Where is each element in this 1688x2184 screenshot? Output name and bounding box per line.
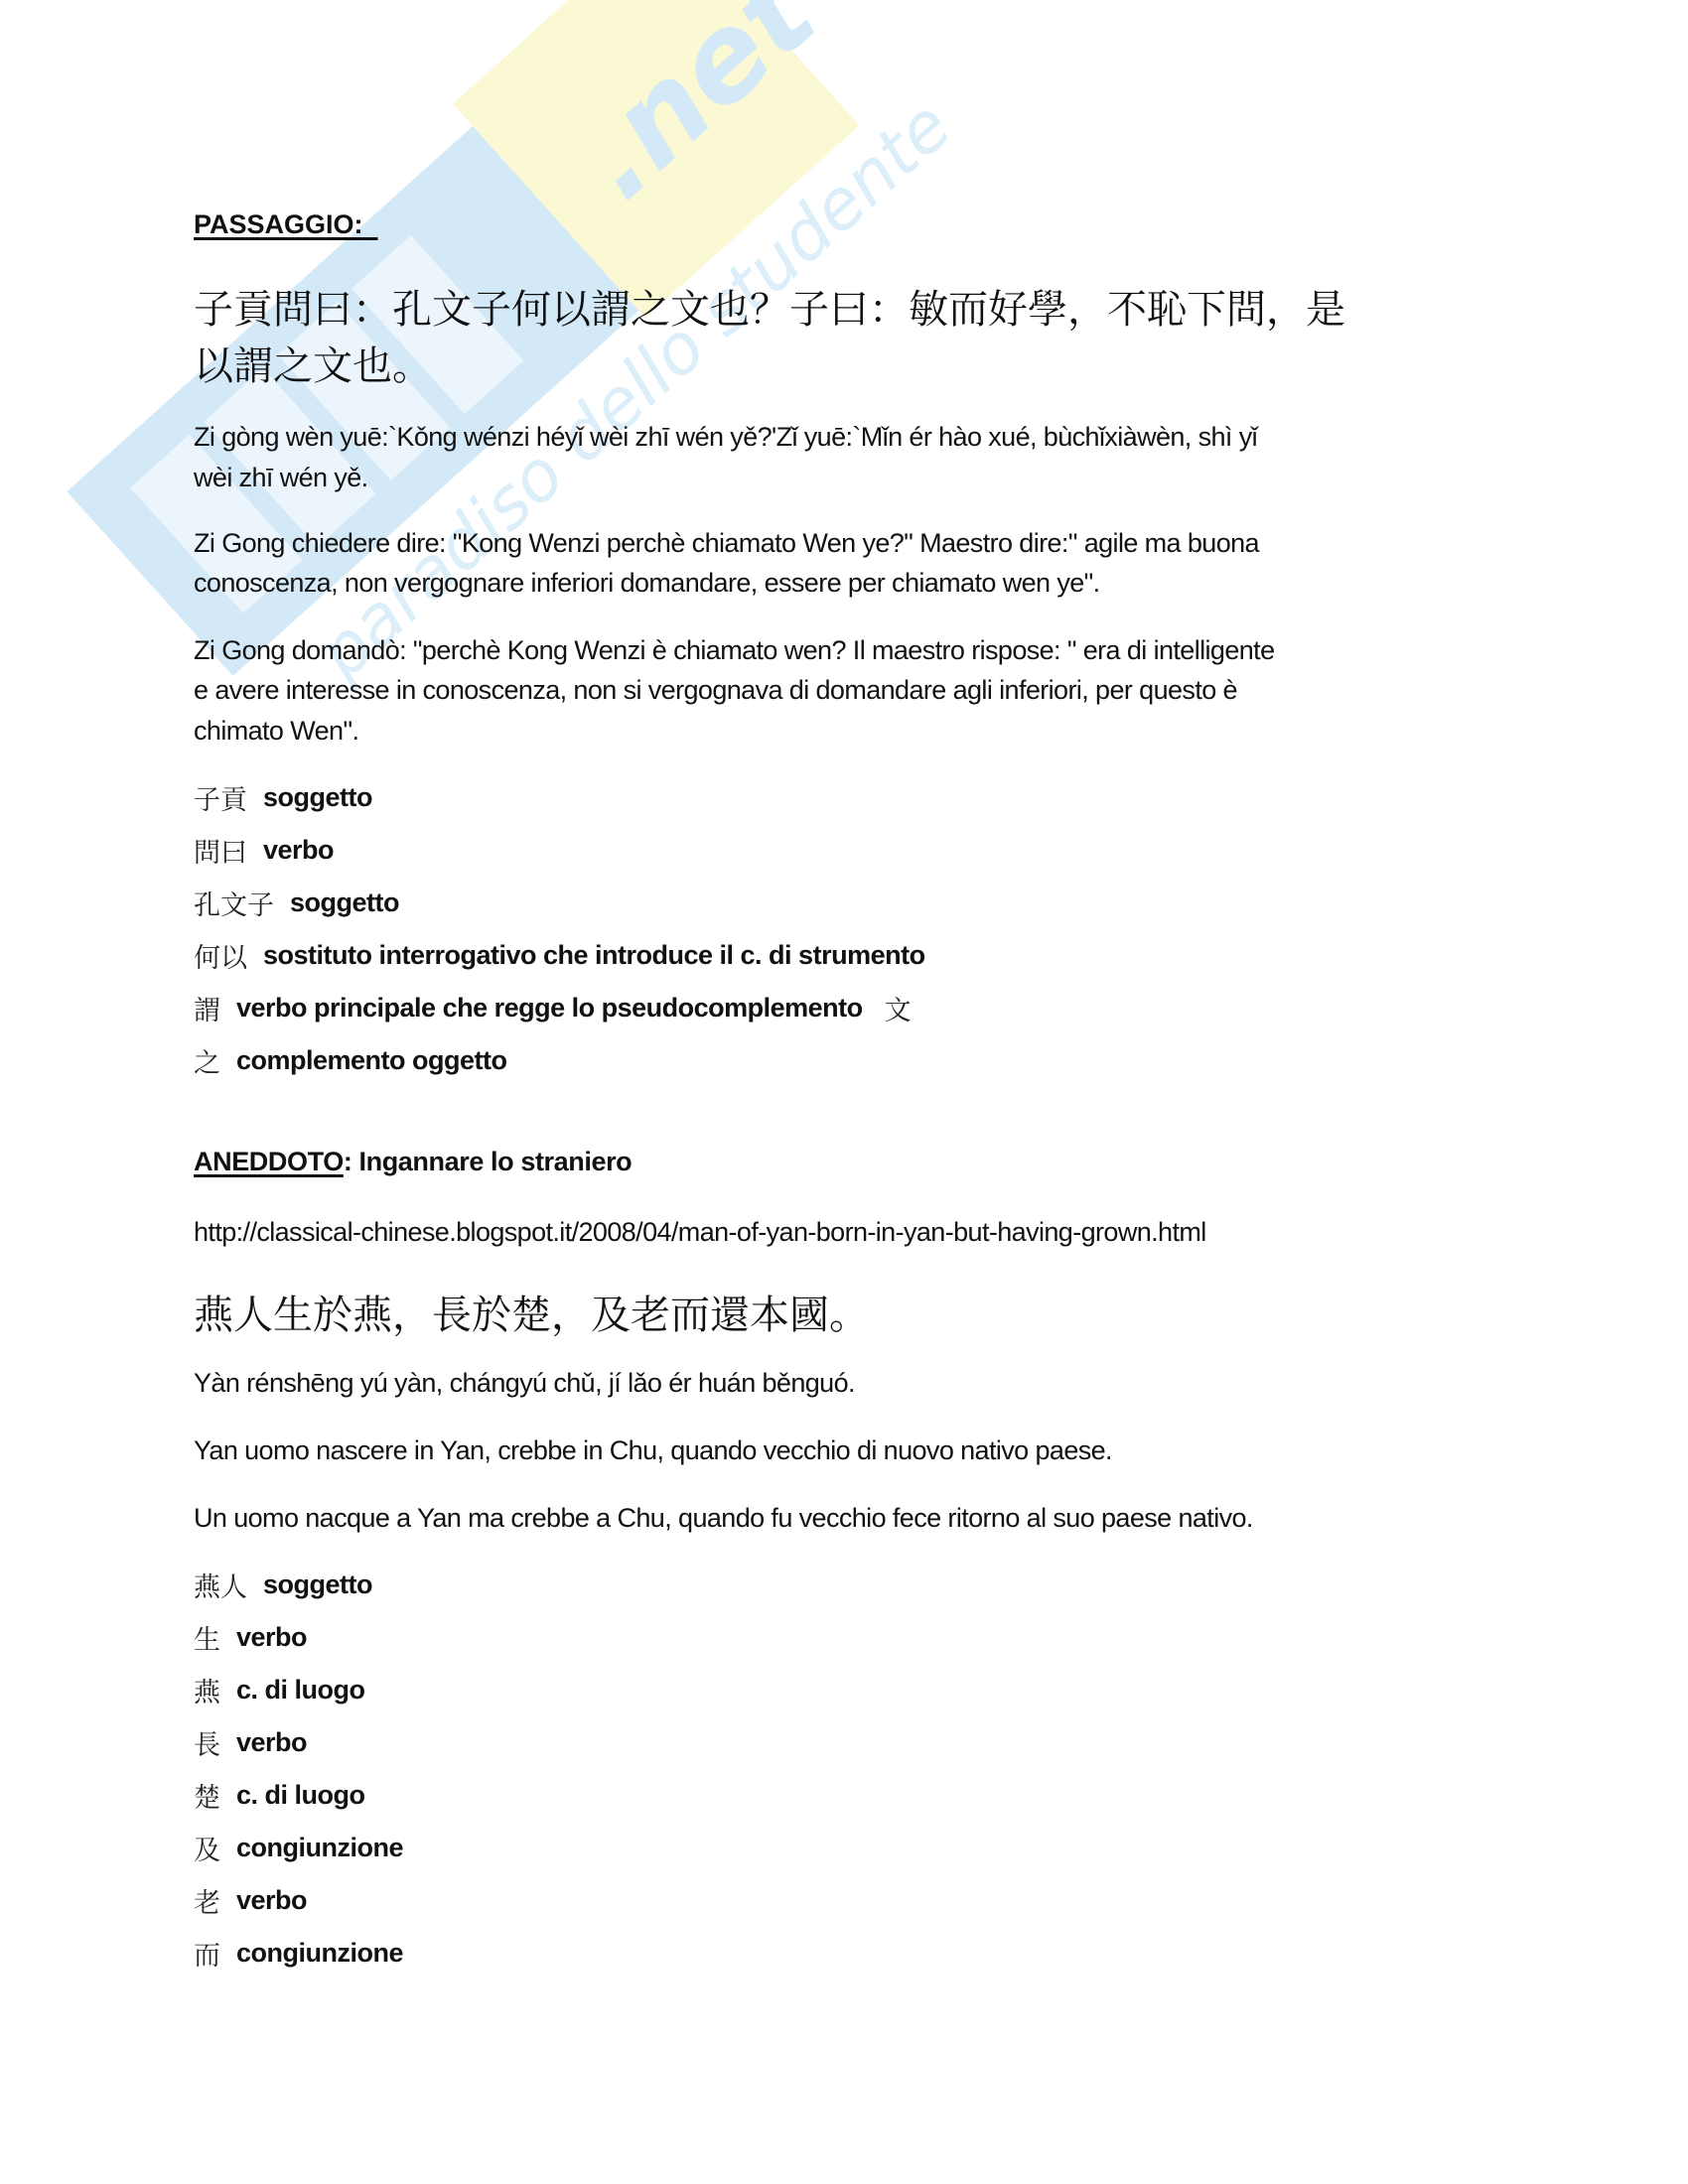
glossary-item: 謂 verbo principale che regge lo pseudoco… [194, 989, 912, 1027]
section-heading-aneddoto: ANEDDOTO: Ingannare lo straniero [194, 1147, 632, 1177]
literal-translation-line: Yan uomo nascere in Yan, crebbe in Chu, … [194, 1431, 1112, 1471]
heading-text: ANEDDOTO [194, 1147, 344, 1176]
glossary-hanzi: 燕 [194, 1671, 220, 1709]
heading-text: PASSAGGIO: [194, 209, 363, 239]
section-heading-passaggio: PASSAGGIO: [194, 209, 378, 240]
glossary-label: congiunzione [236, 1938, 403, 1969]
glossary-label: c. di luogo [236, 1675, 365, 1706]
glossary-hanzi: 及 [194, 1829, 220, 1867]
glossary-label: verbo [236, 1885, 307, 1916]
glossary-item: 問曰 verbo [194, 831, 334, 870]
translation-line-3: chimato Wen". [194, 711, 358, 751]
translation-line-1: Zi Gong domandò: "perchè Kong Wenzi è ch… [194, 630, 1274, 671]
source-url: http://classical-chinese.blogspot.it/200… [194, 1212, 1206, 1253]
glossary-item: 而 congiunzione [194, 1934, 403, 1973]
heading-subtitle: : Ingannare lo straniero [344, 1147, 632, 1176]
glossary-label: verbo [263, 835, 334, 866]
glossary-hanzi: 問曰 [194, 831, 247, 870]
glossary-label: c. di luogo [236, 1780, 365, 1811]
glossary-item: 長 verbo [194, 1723, 307, 1762]
translation-line: Un uomo nacque a Yan ma crebbe a Chu, qu… [194, 1498, 1253, 1539]
glossary-item: 燕 c. di luogo [194, 1671, 365, 1709]
glossary-hanzi: 老 [194, 1881, 220, 1920]
pinyin-line: Yàn rénshēng yú yàn, chángyú chǔ, jí lǎo… [194, 1363, 855, 1404]
glossary-label: verbo [236, 1622, 307, 1653]
glossary-label: verbo [236, 1727, 307, 1758]
glossary-hanzi: 燕人 [194, 1566, 247, 1604]
glossary-item: 楚 c. di luogo [194, 1776, 365, 1815]
glossary-hanzi: 之 [194, 1041, 220, 1080]
glossary-item: 子貢 soggetto [194, 778, 372, 817]
glossary-hanzi: 孔文子 [194, 884, 274, 922]
classical-chinese-line-2: 以謂之文也。 [194, 335, 432, 391]
glossary-hanzi: 楚 [194, 1776, 220, 1815]
glossary-item: 及 congiunzione [194, 1829, 403, 1867]
classical-chinese-line-1: 子貢問曰：孔文子何以謂之文也？子曰：敏而好學，不恥下問，是 [194, 278, 1345, 335]
glossary-item: 燕人 soggetto [194, 1566, 372, 1604]
glossary-label: soggetto [263, 1570, 372, 1600]
pinyin-line-1: Zi gòng wèn yuē:`Kǒng wénzi héyǐ wèi zhī… [194, 417, 1257, 458]
glossary-hanzi: 子貢 [194, 778, 247, 817]
literal-translation-line-2: conoscenza, non vergognare inferiori dom… [194, 563, 1100, 604]
glossary-label: complemento oggetto [236, 1045, 507, 1076]
glossary-label: congiunzione [236, 1833, 403, 1863]
document-page: PASSAGGIO: 子貢問曰：孔文子何以謂之文也？子曰：敏而好學，不恥下問，是… [0, 0, 1688, 2184]
pinyin-line-2: wèi zhī wén yě. [194, 458, 368, 498]
glossary-item: 生 verbo [194, 1618, 307, 1657]
glossary-hanzi: 生 [194, 1618, 220, 1657]
glossary-item: 之 complemento oggetto [194, 1041, 507, 1080]
glossary-hanzi: 何以 [194, 936, 247, 975]
glossary-item: 孔文子 soggetto [194, 884, 399, 922]
glossary-item: 何以 sostituto interrogativo che introduce… [194, 936, 925, 975]
glossary-trailing-hanzi: 文 [885, 989, 912, 1027]
classical-chinese-line: 燕人生於燕，長於楚，及老而還本國。 [194, 1284, 869, 1340]
glossary-item: 老 verbo [194, 1881, 307, 1920]
glossary-label: soggetto [263, 782, 372, 813]
glossary-label: sostituto interrogativo che introduce il… [263, 940, 925, 971]
translation-line-2: e avere interesse in conoscenza, non si … [194, 670, 1237, 711]
glossary-label: verbo principale che regge lo pseudocomp… [236, 993, 863, 1024]
glossary-label: soggetto [290, 887, 399, 918]
glossary-hanzi: 而 [194, 1934, 220, 1973]
glossary-hanzi: 謂 [194, 989, 220, 1027]
glossary-hanzi: 長 [194, 1723, 220, 1762]
literal-translation-line-1: Zi Gong chiedere dire: "Kong Wenzi perch… [194, 523, 1259, 564]
